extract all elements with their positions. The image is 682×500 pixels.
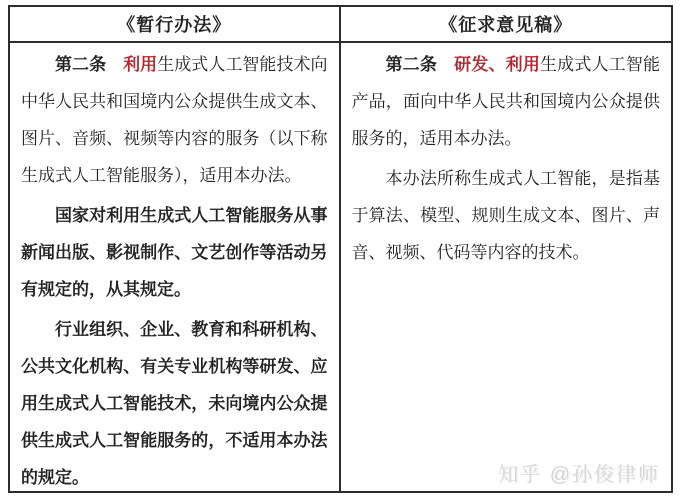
document-page: 《暂行办法》 《征求意见稿》 第二条 利用生成式人工智能技术向中华人民共和国境内…	[0, 0, 682, 500]
draft-article-2-paragraph: 第二条 研发、利用生成式人工智能产品，面向中华人民共和国境内公众提供服务的，适用…	[352, 46, 661, 157]
zhihu-watermark: 知乎 @孙俊律师	[498, 458, 660, 487]
article-body-text: 生成式人工智能技术向中华人民共和国境内公众提供生成文本、图片、音频、视频等内容的…	[21, 55, 328, 185]
highlighted-change-text: 利用	[123, 55, 157, 74]
draft-definition-paragraph: 本办法所称生成式人工智能，是指基于算法、模型、规则生成文本、图片、声音、视频、代…	[352, 160, 661, 271]
article-number-label: 第二条	[55, 55, 123, 74]
table-body-row: 第二条 利用生成式人工智能技术向中华人民共和国境内公众提供生成文本、图片、音频、…	[10, 43, 671, 491]
table-header-row: 《暂行办法》 《征求意见稿》	[10, 7, 671, 43]
highlighted-change-text: 研发、利用	[454, 55, 540, 74]
draft-for-comment-cell: 第二条 研发、利用生成式人工智能产品，面向中华人民共和国境内公众提供服务的，适用…	[341, 43, 672, 491]
interim-measures-cell: 第二条 利用生成式人工智能技术向中华人民共和国境内公众提供生成文本、图片、音频、…	[10, 43, 341, 491]
interim-deleted-clause-industry-orgs: 行业组织、企业、教育和科研机构、公共文化机构、有关专业机构等研发、应用生成式人工…	[21, 311, 328, 491]
header-cell-draft-for-comment: 《征求意见稿》	[341, 7, 672, 41]
article-number-label: 第二条	[386, 55, 455, 74]
header-cell-interim-measures: 《暂行办法》	[10, 7, 341, 41]
comparison-table: 《暂行办法》 《征求意见稿》 第二条 利用生成式人工智能技术向中华人民共和国境内…	[8, 5, 673, 493]
interim-deleted-clause-news-publishing: 国家对利用生成式人工智能服务从事新闻出版、影视制作、文艺创作等活动另有规定的，从…	[21, 197, 328, 308]
interim-article-2-paragraph: 第二条 利用生成式人工智能技术向中华人民共和国境内公众提供生成文本、图片、音频、…	[21, 46, 328, 194]
